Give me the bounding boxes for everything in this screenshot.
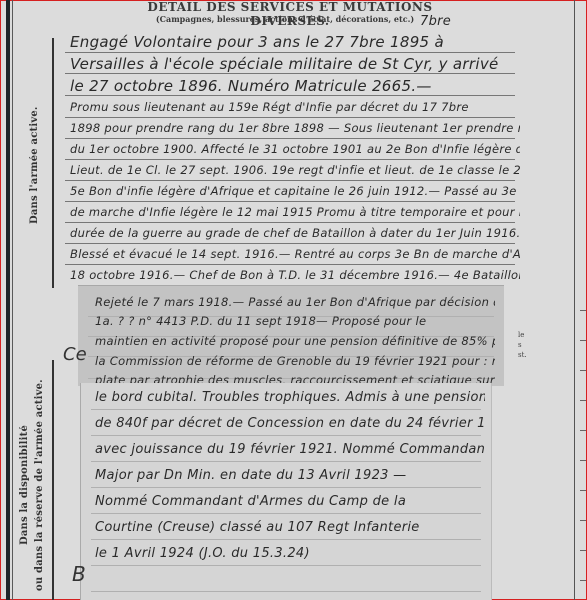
entry-line: Lieut. de 1e Cl. le 27 sept. 1906. 19e r… [70,163,520,177]
left-border-rule [6,0,10,600]
entry-line: Versailles à l'école spéciale militaire … [70,55,520,73]
entry-line: 1898 pour prendre rang du 1er 8bre 1898 … [70,121,520,135]
section-subtitle: (Campagnes, blessures, actions d'éclat, … [150,14,420,24]
side-label-active-army: Dans l'armée active. [28,100,41,230]
slip2-line: Courtine (Creuse) classé au 107 Regt Inf… [95,520,485,535]
brace-reserve [52,360,54,600]
slip1-line: la Commission de réforme de Grenoble du … [95,354,495,368]
entry-line: Engagé Volontaire pour 3 ans le 27 7bre … [70,33,520,51]
edge-text-line: s [518,340,527,350]
slip1-line: maintien en activité proposé pour une pe… [95,334,495,348]
entry-line: du 1er octobre 1900. Affecté le 31 octob… [70,142,520,156]
slip1-line: 1a. ? ? n° 4413 P.D. du 11 sept 1918— Pr… [95,314,495,328]
side-label-reserve-line2: ou dans la réserve de l'armée active. [33,370,46,600]
edge-text-line: le [518,330,527,340]
slip1-line: Rejeté le 7 mars 1918.— Passé au 1er Bon… [95,295,495,309]
slip2-line: de 840f par décret de Concession en date… [95,416,485,431]
slip2-line: le bord cubital. Troubles trophiques. Ad… [95,390,485,405]
right-edge-ticks [574,300,586,600]
entry-line: Blessé et évacué le 14 sept. 1916.— Rent… [70,247,520,261]
slip2-line: Nommé Commandant d'Armes du Camp de la [95,494,485,509]
entry-line: 18 octobre 1916.— Chef de Bon à T.D. le … [70,268,520,282]
entry-line: Promu sous lieutenant au 159e Régt d'Inf… [70,100,520,114]
margin-mark-c: Ce [63,344,87,365]
entry-line: 5e Bon d'infie légère d'Afrique et capit… [70,184,520,198]
entry-line: de marche d'Infie légère le 12 mai 1915 … [70,205,520,219]
edge-text-line: st. [518,350,527,360]
entry-line: le 27 octobre 1896. Numéro Matricule 266… [70,77,520,95]
entry-line: durée de la guerre au grade de chef de B… [70,226,520,240]
top-annotation: 7bre [420,14,480,29]
left-border-thin-rule [12,0,13,600]
side-label-reserve-line1: Dans la disponibilité [18,380,31,590]
brace-active [52,38,54,288]
slip2-line: Major par Dn Min. en date du 13 Avril 19… [95,468,485,483]
slip2-line: avec jouissance du 19 février 1921. Nomm… [95,442,485,457]
page-edge-text: le s st. [518,330,527,360]
slip2-line: le 1 Avril 1924 (J.O. du 15.3.24) [95,546,485,561]
margin-mark-b: B [72,562,86,586]
